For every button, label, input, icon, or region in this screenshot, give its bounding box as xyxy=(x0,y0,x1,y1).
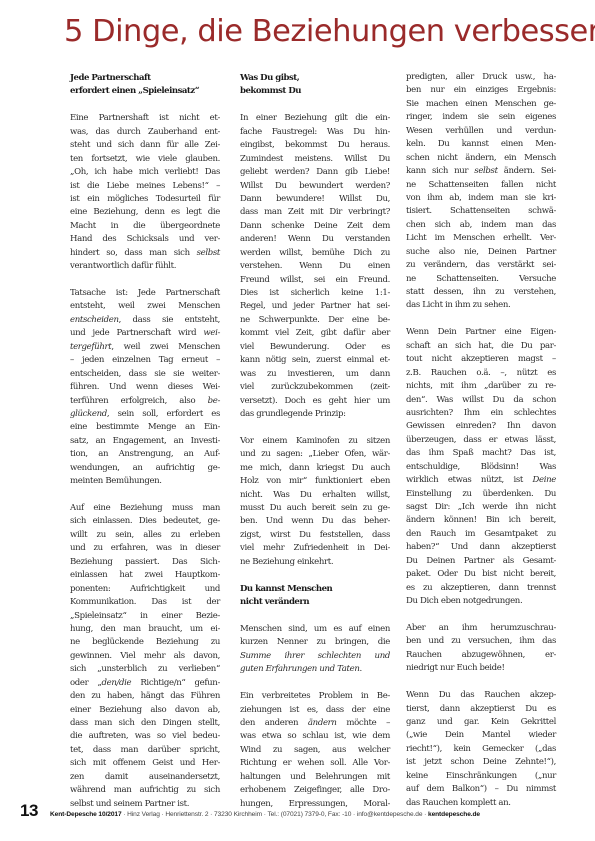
text-line: das Licht in ihm zu sehen. xyxy=(406,299,556,312)
text-line: überzeugen, dass er etwas lässt, xyxy=(406,434,556,447)
text-line: steht und sich dann für alle Zei- xyxy=(70,139,220,152)
text-line: predigten, aller Druck usw., ha- xyxy=(406,71,556,84)
text-line: erhobenem Zeigefinger, alle Dro- xyxy=(240,784,390,797)
text-line: Rauchen abzugewöhnen, er- xyxy=(406,649,556,662)
text-line: anderen! Wenn Du verstanden xyxy=(240,233,390,246)
text-line: Wesen verhüllen und verdun- xyxy=(406,125,556,138)
text-line: ziehungen ist es, dass der eine xyxy=(240,704,390,717)
paragraph: Tatsache ist: Jede Partnerschaftentsteht… xyxy=(70,287,220,489)
text-line: ten fortsetzt, wie viele glauben. xyxy=(70,153,220,166)
paragraph: Auf eine Beziehung muss mansich einlasse… xyxy=(70,502,220,811)
text-line: ausrichten? Ihm ein schlechtes xyxy=(406,407,556,420)
text-line: ne Schattenseiten. Versuche xyxy=(406,273,556,286)
column-2: Was Du gibst,bekommst DuIn einer Beziehu… xyxy=(240,72,390,811)
paragraph-gap xyxy=(240,677,390,690)
text-line: wendungen, an aufrichtig ge- xyxy=(70,462,220,475)
footer-imprint: Kent-Depesche 10/2017 · Hinz Verlag · He… xyxy=(50,811,480,818)
paragraph-gap xyxy=(240,569,390,582)
text-line: was zu investieren, um dann xyxy=(240,368,390,381)
text-line: Jede Partnerschaft xyxy=(70,72,220,85)
text-line: me mich, dann kriegst Du auch xyxy=(240,462,390,475)
text-line: führen. Und wenn dieses Wei- xyxy=(70,381,220,394)
text-line: Beziehung passiert. Das Sich- xyxy=(70,556,220,569)
text-line: riecht!“), kein Gemecker („das xyxy=(406,743,556,756)
text-line: versetzt). Doch es geht hier um xyxy=(240,395,390,408)
text-line: ringer, indem sie sein eigenes xyxy=(406,111,556,124)
text-line: Ein verbreitetes Problem in Be- xyxy=(240,690,390,703)
text-line: kann nötig sein, zuerst einmal et- xyxy=(240,354,390,367)
page-footer: 13 Kent-Depesche 10/2017 · Hinz Verlag ·… xyxy=(20,801,580,821)
text-line: während man aufrichtig zu sich xyxy=(70,784,220,797)
text-line: Freund willst, sei ein Freund. xyxy=(240,274,390,287)
text-line: Du Deinen Partner als Gesamt- xyxy=(406,555,556,568)
text-line: fache Faustregel: Was Du hin- xyxy=(240,126,390,139)
text-line: Macht in die übergeordnete xyxy=(70,220,220,233)
section-heading: Du kannst Menschennicht verändern xyxy=(240,583,390,610)
text-line: den Rauch im Gesamtpaket zu xyxy=(406,528,556,541)
paragraph-gap xyxy=(406,609,556,622)
text-line: viel Bewunderung. Oder es xyxy=(240,341,390,354)
text-line: hung, den man braucht, um ei- xyxy=(70,623,220,636)
text-line: Gewissen einreden? Ihn davon xyxy=(406,420,556,433)
text-line: ne Beziehung einkehrt. xyxy=(240,556,390,569)
text-line: das ihm Spaß macht? Das ist, xyxy=(406,447,556,460)
text-line: den anderen ändern möchte – xyxy=(240,717,390,730)
text-line: viel mehr Zufriedenheit in Dei- xyxy=(240,542,390,555)
paragraph: Ein verbreitetes Problem in Be-ziehungen… xyxy=(240,690,390,811)
text-line: („wie Dein Mantel wieder xyxy=(406,729,556,742)
text-line: Holz von mir“ funktioniert eben xyxy=(240,475,390,488)
text-line: Aber an ihm herumzuschrau- xyxy=(406,622,556,635)
text-line: auf dem Balkon“) – Du nimmst xyxy=(406,783,556,796)
address: Henriettenstr. 2 · 73230 Kirchheim xyxy=(165,811,262,818)
text-line: hindert so, dass man sich selbst xyxy=(70,247,220,260)
publisher: Hinz Verlag xyxy=(127,811,160,818)
paragraph: predigten, aller Druck usw., ha-ben nur … xyxy=(406,71,556,313)
text-line: haltungen und Belehrungen mit xyxy=(240,771,390,784)
paragraph: Aber an ihm herumzuschrau-ben und zu ver… xyxy=(406,622,556,676)
text-line: ben. Und wenn Du das beher- xyxy=(240,515,390,528)
page-title: 5 Dinge, die Beziehungen verbessern xyxy=(64,14,564,49)
text-line: eine Beziehung, denn es legt die xyxy=(70,206,220,219)
text-line: ist ein mögliches Todesurteil für xyxy=(70,193,220,206)
text-line: Hand des Schicksals und ver- xyxy=(70,233,220,246)
text-line: statt dessen, ihn zu verstehen, xyxy=(406,286,556,299)
text-line: und zu erfahren, was in dieser xyxy=(70,542,220,555)
text-line: und zu sagen: „Lieber Ofen, wär- xyxy=(240,448,390,461)
text-line: tion, an Anstrengung, an Auf- xyxy=(70,448,220,461)
text-line: nicht verändern xyxy=(240,596,390,609)
paragraph: Vor einem Kaminofen zu sitzenund zu sage… xyxy=(240,435,390,569)
text-line: die auftreten, was so viel bedeu- xyxy=(70,730,220,743)
text-line: entscheiden, dass sie sie weiter- xyxy=(70,368,220,381)
text-line: niedrigt nur Euch beide! xyxy=(406,662,556,675)
text-line: Was Du gibst, xyxy=(240,72,390,85)
paragraph-gap xyxy=(406,676,556,689)
text-line: In einer Beziehung gilt die ein- xyxy=(240,112,390,125)
text-line: Auf eine Beziehung muss man xyxy=(70,502,220,515)
text-line: verantwortlich dafür fühlt. xyxy=(70,260,220,273)
text-line: was etwa so schlau ist, wie dem xyxy=(240,730,390,743)
text-line: sich mit offenem Geist und Her- xyxy=(70,757,220,770)
paragraph-gap xyxy=(70,274,220,287)
text-line: Wenn Du das Rauchen akzep- xyxy=(406,689,556,702)
publication-name: Kent-Depesche 10/2017 xyxy=(50,811,122,818)
paragraph: Eine Partnershaft ist nicht et-was, das … xyxy=(70,112,220,273)
text-line: tergeführt, weil zwei Menschen xyxy=(70,341,220,354)
paragraph-gap xyxy=(70,489,220,502)
section-heading: Was Du gibst,bekommst Du xyxy=(240,72,390,99)
paragraph: Wenn Dein Partner eine Eigen-schaft an s… xyxy=(406,326,556,608)
text-line: Wind zu sagen, aus welcher xyxy=(240,744,390,757)
email-link[interactable]: info@kentdepesche.de xyxy=(357,811,423,818)
text-line: Wenn Dein Partner eine Eigen- xyxy=(406,326,556,339)
text-line: „Spieleinsatz“ in einer Bezie- xyxy=(70,610,220,623)
text-line: Du Dich eben notgedrungen. xyxy=(406,595,556,608)
text-line: einlassen hat zwei Hauptkom- xyxy=(70,569,220,582)
text-line: wirklich etwas nützt, ist Deine xyxy=(406,474,556,487)
paragraph-gap xyxy=(240,421,390,434)
text-line: Summe ihrer schlechten und xyxy=(240,650,390,663)
text-line: – jeden einzelnen Tag erneut – xyxy=(70,354,220,367)
text-line: Licht im Menschen erhellt. Ver- xyxy=(406,232,556,245)
text-line: Zumindest meistens. Willst Du xyxy=(240,153,390,166)
text-line: das grundlegende Prinzip: xyxy=(240,408,390,421)
column-3: predigten, aller Druck usw., ha-ben nur … xyxy=(406,71,556,810)
text-line: Dies ist sicherlich keine 1:1- xyxy=(240,287,390,300)
text-line: musst Du auch bereit sein zu ge- xyxy=(240,502,390,515)
text-line: es zu akzeptieren, dann trennst xyxy=(406,582,556,595)
text-line: schaft an sich hat, die Du par- xyxy=(406,340,556,353)
text-line: keln. Du kannst einen Men- xyxy=(406,138,556,151)
text-line: Eine Partnershaft ist nicht et- xyxy=(70,112,220,125)
text-line: den“. Was willst Du da schon xyxy=(406,394,556,407)
text-line: werden willst, bemühe Dich zu xyxy=(240,247,390,260)
text-line: guten Erfahrungen und Taten. xyxy=(240,663,390,676)
text-line: sagst Dir: „Ich werde ihn nicht xyxy=(406,501,556,514)
paragraph-gap xyxy=(406,313,556,326)
text-line: Richtung er wehen soll. Alle Vor- xyxy=(240,757,390,770)
paragraph-gap xyxy=(240,99,390,112)
text-line: verstehen. Wenn Du einen xyxy=(240,260,390,273)
text-line: Dann bewundere! Willst Du, xyxy=(240,193,390,206)
text-line: suche also nie, Deinen Partner xyxy=(406,246,556,259)
text-line: Vor einem Kaminofen zu sitzen xyxy=(240,435,390,448)
text-line: sich „unsterblich zu verlieben“ xyxy=(70,663,220,676)
text-line: paket. Oder Du bist nicht bereit, xyxy=(406,568,556,581)
text-line: eine bestimmte Menge an Ein- xyxy=(70,421,220,434)
text-line: erfordert einen „Spieleinsatz“ xyxy=(70,85,220,98)
text-line: tierst, dann akzeptierst Du es xyxy=(406,703,556,716)
text-line: tout nicht akzeptieren magst – xyxy=(406,353,556,366)
text-line: ben nur ein einziges Ergebnis: xyxy=(406,84,556,97)
paragraph: In einer Beziehung gilt die ein-fache Fa… xyxy=(240,112,390,421)
text-line: chen sich ab, indem man das xyxy=(406,219,556,232)
text-line: ne Schwerpunkte. Der eine be- xyxy=(240,314,390,327)
text-line: tisiert. Schattenseiten schwä- xyxy=(406,205,556,218)
text-line: zu verändern, das verstärkt sei- xyxy=(406,259,556,272)
text-line: willt zu sein, alles zu erleben xyxy=(70,529,220,542)
paragraph: Wenn Du das Rauchen akzep-tierst, dann a… xyxy=(406,689,556,810)
text-line: viel zurückzubekommen (zeit- xyxy=(240,381,390,394)
text-line: kommt viel Zeit, gibt dafür aber xyxy=(240,327,390,340)
text-line: glückend, sein soll, erfordert es xyxy=(70,408,220,421)
text-line: kann sich nur selbst ändern. Sei- xyxy=(406,165,556,178)
text-line: Menschen sind, um es auf einen xyxy=(240,623,390,636)
text-line: was, das durch Zauberhand ent- xyxy=(70,126,220,139)
text-line: zen damit auseinandersetzt, xyxy=(70,771,220,784)
text-line: zigst, wirst Du feststellen, dass xyxy=(240,529,390,542)
paragraph-gap xyxy=(70,99,220,112)
text-line: dass man Zeit mit Dir verbringt? xyxy=(240,206,390,219)
text-line: ben und zu versuchen, ihm das xyxy=(406,635,556,648)
text-line: Regel, und jeder Partner hat sei- xyxy=(240,300,390,313)
phone: Tel.: (07021) 7379-0, Fax: -10 xyxy=(267,811,351,818)
text-line: kurzen Nenner zu bringen, die xyxy=(240,636,390,649)
text-line: nicht. Was Du erhalten willst, xyxy=(240,489,390,502)
text-line: tet, dass man darüber spricht, xyxy=(70,744,220,757)
page-number: 13 xyxy=(20,801,50,821)
text-line: ändern können! Bin ich bereit, xyxy=(406,514,556,527)
text-line: entschuldige, Blödsinn! Was xyxy=(406,461,556,474)
text-line: ne Schattenseiten fallen nicht xyxy=(406,179,556,192)
text-line: schen nicht ändern, ein Mensch xyxy=(406,152,556,165)
text-line: bekommst Du xyxy=(240,85,390,98)
text-line: Willst Du bewundert werden? xyxy=(240,180,390,193)
text-line: geliebt werden? Dann gib Liebe! xyxy=(240,166,390,179)
paragraph: Menschen sind, um es auf einenkurzen Nen… xyxy=(240,623,390,677)
text-line: entsteht, weil zwei Menschen xyxy=(70,300,220,313)
text-line: Du kannst Menschen xyxy=(240,583,390,596)
text-line: ne beglückende Beziehung zu xyxy=(70,636,220,649)
paragraph-gap xyxy=(240,610,390,623)
text-line: haben?“ Und dann akzeptierst xyxy=(406,541,556,554)
text-line: gewinnen. Viel mehr als davon, xyxy=(70,650,220,663)
text-line: ist jetzt schon Deine Zehnte!“), xyxy=(406,756,556,769)
section-heading: Jede Partnerschafterfordert einen „Spiel… xyxy=(70,72,220,99)
text-line: nichts, mit ihm „darüber zu re- xyxy=(406,380,556,393)
website-link[interactable]: kentdepesche.de xyxy=(428,811,480,818)
text-line: keine Einschränkungen („nur xyxy=(406,770,556,783)
text-line: terführen erfolgreich, also be- xyxy=(70,395,220,408)
text-line: ponenten: Aufrichtigkeit und xyxy=(70,583,220,596)
text-line: Einstellung zu überdenken. Du xyxy=(406,488,556,501)
text-line: von ihm ab, indem man sie kri- xyxy=(406,192,556,205)
column-1: Jede Partnerschafterfordert einen „Spiel… xyxy=(70,72,220,811)
text-line: satz, an Engagement, an Investi- xyxy=(70,435,220,448)
text-line: entscheiden, dass sie entsteht, xyxy=(70,314,220,327)
text-line: sich einlassen. Dies bedeutet, ge- xyxy=(70,515,220,528)
text-line: „Oh, ich habe mich verliebt! Das xyxy=(70,166,220,179)
text-line: und jede Partnerschaft wird wei- xyxy=(70,327,220,340)
text-line: z.B. Rauchen o.ä. –, nützt es xyxy=(406,367,556,380)
text-line: eingibst, bekommst Du heraus. xyxy=(240,139,390,152)
text-line: ist die Liebe meines Lebens!“ – xyxy=(70,180,220,193)
text-line: oder „den/die Richtige/n“ gefun- xyxy=(70,677,220,690)
text-line: meinten Bemühungen. xyxy=(70,475,220,488)
text-line: Kommunikation. Das ist der xyxy=(70,596,220,609)
text-line: Sie machen einen Menschen ge- xyxy=(406,98,556,111)
text-line: einer Beziehung also davon ab, xyxy=(70,704,220,717)
text-line: Dann schenke Deine Zeit dem xyxy=(240,220,390,233)
text-line: den zu haben, hängt das Führen xyxy=(70,690,220,703)
text-line: Tatsache ist: Jede Partnerschaft xyxy=(70,287,220,300)
text-line: dass man sich den Dingen stellt, xyxy=(70,717,220,730)
text-line: ganz und gar. Kein Gekrittel xyxy=(406,716,556,729)
